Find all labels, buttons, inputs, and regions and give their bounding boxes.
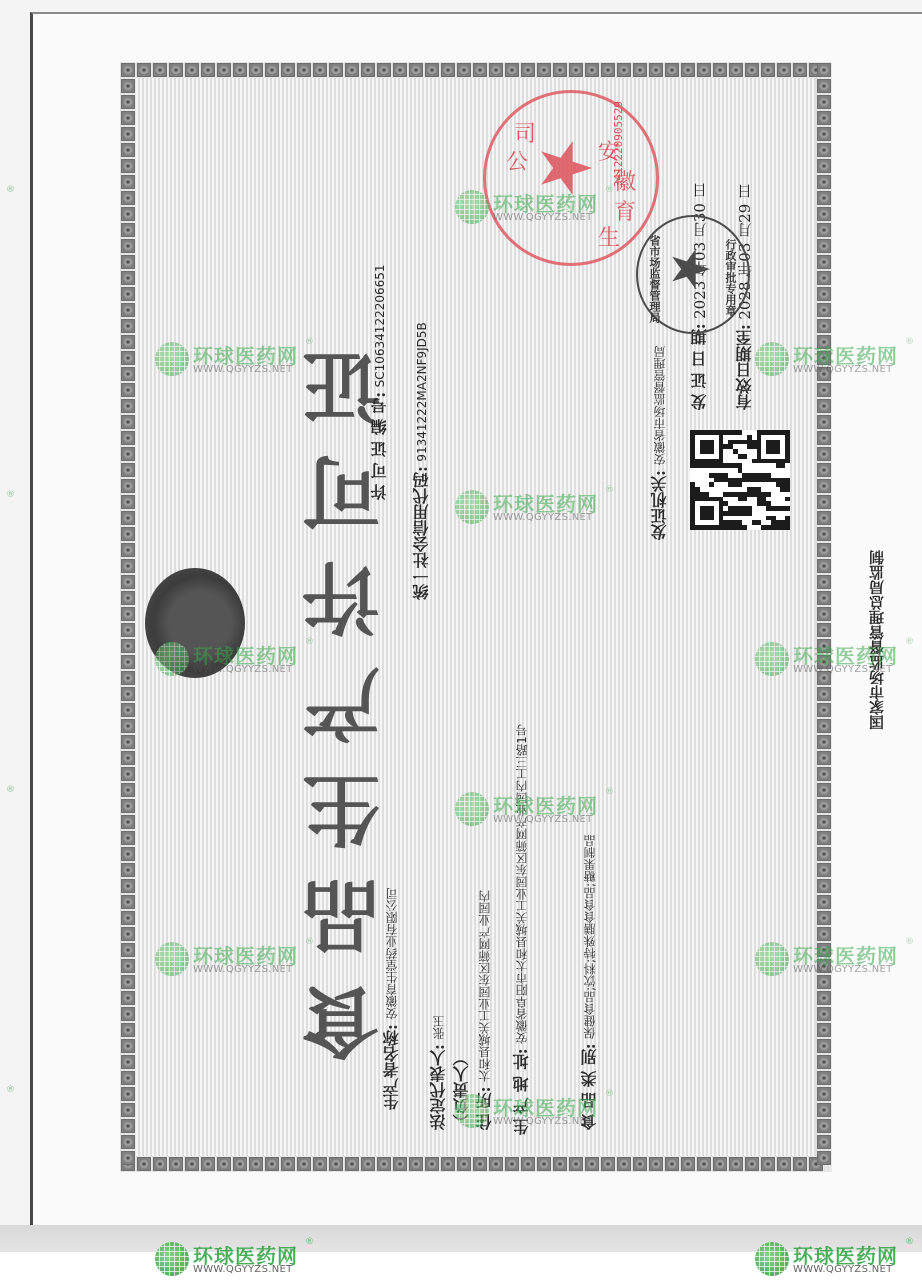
border-tile: [817, 479, 831, 493]
border-tile: [817, 111, 831, 125]
border-tile: [121, 287, 135, 301]
border-tile: [665, 63, 679, 77]
border-tile: [185, 1157, 199, 1171]
residence-value: 太和县城关工业园东区筛网产业园内: [478, 890, 492, 1082]
border-tile: [793, 63, 807, 77]
watermark-url: WWW.QGYYZS.NET: [793, 1264, 893, 1275]
border-tile: [817, 383, 831, 397]
registered-mark: ®: [605, 1089, 614, 1099]
border-tile: [473, 1157, 487, 1171]
border-tile: [361, 1157, 375, 1171]
border-tile: [121, 847, 135, 861]
border-tile: [121, 63, 135, 77]
border-tile: [121, 959, 135, 973]
registered-mark: ®: [905, 637, 914, 647]
border-tile: [121, 559, 135, 573]
border-tile: [441, 1157, 455, 1171]
border-tile: [121, 591, 135, 605]
border-tile: [233, 63, 247, 77]
globe-icon: [455, 490, 489, 524]
border-tile: [169, 1157, 183, 1171]
border-tile: [617, 1157, 631, 1171]
border-tile: [505, 1157, 519, 1171]
globe-icon: [155, 342, 189, 376]
seal-char: 行政审批专用章: [722, 239, 738, 316]
border-tile: [817, 719, 831, 733]
border-tile: [121, 543, 135, 557]
border-tile: [121, 175, 135, 189]
star-icon: ★: [663, 246, 715, 293]
watermark-logo: 环球医药网®WWW.QGYYZS.NET: [455, 1092, 620, 1132]
watermark-logo: 环球医药网®WWW.QGYYZS.NET: [755, 640, 920, 680]
watermark-logo: 环球医药网®WWW.QGYYZS.NET: [455, 188, 620, 228]
border-tile: [281, 63, 295, 77]
border-tile: [817, 543, 831, 557]
decorative-border-left: [120, 62, 136, 1172]
watermark-url: WWW.QGYYZS.NET: [493, 212, 593, 223]
border-tile: [121, 815, 135, 829]
credit-code-label: 统一社会信用代码:: [412, 466, 431, 600]
border-tile: [713, 1157, 727, 1171]
border-tile: [409, 1157, 423, 1171]
border-tile: [121, 159, 135, 173]
border-tile: [121, 191, 135, 205]
credit-code: 91341222MA2NF9JD5B: [415, 322, 429, 461]
border-tile: [121, 367, 135, 381]
watermark-logo: 环球医药网®WWW.QGYYZS.NET: [455, 488, 620, 528]
globe-icon: [455, 792, 489, 826]
border-tile: [425, 1157, 439, 1171]
border-tile: [537, 63, 551, 77]
border-tile: [249, 1157, 263, 1171]
border-tile: [121, 975, 135, 989]
border-tile: [121, 735, 135, 749]
border-tile: [633, 1157, 647, 1171]
watermark-logo: 环球医药网®WWW.QGYYZS.NET: [155, 640, 320, 680]
border-tile: [121, 303, 135, 317]
border-tile: [569, 1157, 583, 1171]
border-tile: [601, 1157, 615, 1171]
border-tile: [817, 735, 831, 749]
border-tile: [121, 1023, 135, 1037]
authority-seal: ★ 省市场监督管理局 行政审批专用章: [636, 215, 750, 334]
border-tile: [817, 399, 831, 413]
border-tile: [817, 287, 831, 301]
border-tile: [345, 63, 359, 77]
border-tile: [121, 623, 135, 637]
seal-char: 安: [598, 135, 620, 166]
border-tile: [121, 1103, 135, 1117]
border-tile: [697, 63, 711, 77]
border-tile: [761, 1157, 775, 1171]
border-tile: [777, 63, 791, 77]
border-tile: [409, 63, 423, 77]
food-category-row: 食 品 类 别: 保健食品;饮料;特殊膳食食品;糖果制品: [578, 700, 601, 1130]
border-tile: [121, 511, 135, 525]
globe-icon: [155, 942, 189, 976]
issuer-footer: 国家市场监督管理总局监制: [866, 500, 887, 730]
border-tile: [617, 63, 631, 77]
border-tile: [817, 1007, 831, 1021]
globe-icon: [455, 190, 489, 224]
watermark-logo: 环球医药网®WWW.QGYYZS.NET: [755, 940, 920, 980]
border-tile: [153, 63, 167, 77]
border-tile: [817, 1151, 831, 1165]
border-tile: [489, 63, 503, 77]
border-tile: [201, 63, 215, 77]
border-tile: [817, 1055, 831, 1069]
border-tile: [121, 1151, 135, 1165]
border-tile: [585, 63, 599, 77]
border-tile: [121, 895, 135, 909]
border-tile: [745, 1157, 759, 1171]
globe-icon: [455, 1094, 489, 1128]
border-tile: [817, 687, 831, 701]
border-tile: [137, 63, 151, 77]
border-tile: [817, 463, 831, 477]
border-tile: [817, 703, 831, 717]
globe-icon: [755, 1242, 789, 1276]
border-tile: [553, 1157, 567, 1171]
border-tile: [121, 991, 135, 1005]
registered-mark: ®: [605, 185, 614, 195]
border-tile: [425, 63, 439, 77]
border-tile: [121, 879, 135, 893]
registered-mark: ®: [905, 1237, 914, 1247]
border-tile: [817, 175, 831, 189]
border-tile: [153, 1157, 167, 1171]
border-tile: [185, 63, 199, 77]
valid-until-label: 有效日期至:: [735, 324, 754, 410]
border-tile: [217, 63, 231, 77]
registered-mark: ®: [905, 937, 914, 947]
border-tile: [377, 63, 391, 77]
border-tile: [681, 63, 695, 77]
border-tile: [729, 63, 743, 77]
border-tile: [121, 1055, 135, 1069]
border-tile: [121, 703, 135, 717]
border-tile: [121, 479, 135, 493]
border-tile: [121, 495, 135, 509]
issuing-authority-label: 发证机关:: [650, 470, 669, 540]
border-tile: [817, 271, 831, 285]
issuing-authority-value: 安徽省市场监督管理局: [653, 346, 667, 466]
border-tile: [121, 447, 135, 461]
border-tile: [817, 847, 831, 861]
border-tile: [537, 1157, 551, 1171]
watermark-url: WWW.QGYYZS.NET: [193, 964, 293, 975]
border-tile: [817, 79, 831, 93]
border-tile: [121, 431, 135, 445]
border-tile: [521, 63, 535, 77]
border-tile: [817, 1071, 831, 1085]
watermark-url: WWW.QGYYZS.NET: [193, 364, 293, 375]
registered-mark: ®: [305, 337, 314, 347]
registered-mark: ®: [6, 185, 15, 195]
border-tile: [361, 63, 375, 77]
border-tile: [297, 63, 311, 77]
border-tile: [817, 191, 831, 205]
border-tile: [121, 319, 135, 333]
border-tile: [817, 495, 831, 509]
globe-icon: [755, 942, 789, 976]
license-number: SC10634122206651: [373, 264, 387, 387]
border-tile: [313, 63, 327, 77]
border-tile: [601, 63, 615, 77]
border-tile: [817, 991, 831, 1005]
border-tile: [817, 911, 831, 925]
border-tile: [121, 799, 135, 813]
registered-mark: ®: [305, 1237, 314, 1247]
border-tile: [121, 1071, 135, 1085]
border-tile: [121, 463, 135, 477]
seal-char: 司: [514, 117, 536, 148]
registered-mark: ®: [305, 637, 314, 647]
border-tile: [817, 927, 831, 941]
border-tile: [441, 63, 455, 77]
border-tile: [121, 655, 135, 669]
border-tile: [729, 1157, 743, 1171]
watermark-url: WWW.QGYYZS.NET: [493, 814, 593, 825]
border-tile: [121, 911, 135, 925]
border-tile: [521, 1157, 535, 1171]
globe-icon: [755, 642, 789, 676]
watermark-logo: 环球医药网®WWW.QGYYZS.NET: [455, 790, 620, 830]
food-category-value: 保健食品;饮料;特殊膳食食品;糖果制品: [583, 835, 597, 1039]
license-number-label: 许 可 证 编 号:: [370, 392, 389, 500]
border-tile: [265, 63, 279, 77]
border-tile: [233, 1157, 247, 1171]
border-tile: [473, 63, 487, 77]
border-tile: [121, 79, 135, 93]
border-tile: [121, 335, 135, 349]
border-tile: [121, 863, 135, 877]
production-address-row: 生 产 地 址: 安徽省阜阳市太和县城关工业园东区筛网产业园内工三路1号: [510, 555, 533, 1135]
border-tile: [121, 671, 135, 685]
registered-mark: ®: [305, 937, 314, 947]
border-tile: [817, 143, 831, 157]
border-tile: [569, 63, 583, 77]
legal-rep-name: 张玉: [432, 1016, 446, 1040]
watermark-logo: 环球医药网®WWW.QGYYZS.NET: [755, 340, 920, 380]
border-tile: [121, 351, 135, 365]
border-tile: [817, 1087, 831, 1101]
globe-icon: [155, 1242, 189, 1276]
border-tile: [649, 1157, 663, 1171]
watermark-url: WWW.QGYYZS.NET: [793, 364, 893, 375]
decorative-border-right: [816, 62, 832, 1172]
border-tile: [121, 943, 135, 957]
seal-char: 公: [506, 145, 528, 176]
border-tile: [817, 799, 831, 813]
border-tile: [793, 1157, 807, 1171]
producer-name: 安徽育生堂药业有限公司: [385, 888, 399, 1020]
border-tile: [121, 719, 135, 733]
border-tile: [121, 527, 135, 541]
watermark-logo: 环球医药网®WWW.QGYYZS.NET: [155, 340, 320, 380]
border-tile: [121, 927, 135, 941]
border-tile: [817, 255, 831, 269]
border-tile: [121, 1087, 135, 1101]
border-tile: [121, 1007, 135, 1021]
issue-date-label: 发 证 日 期:: [690, 323, 709, 410]
border-tile: [817, 783, 831, 797]
watermark-url: WWW.QGYYZS.NET: [793, 664, 893, 675]
producer-label: 生产者名称:: [382, 1024, 401, 1110]
border-tile: [457, 1157, 471, 1171]
border-tile: [817, 527, 831, 541]
border-tile: [121, 607, 135, 621]
border-tile: [817, 895, 831, 909]
border-tile: [817, 863, 831, 877]
border-tile: [393, 1157, 407, 1171]
border-tile: [817, 239, 831, 253]
producer-row: 生产者名称: 安徽育生堂药业有限公司: [380, 780, 403, 1110]
watermark-url: WWW.QGYYZS.NET: [793, 964, 893, 975]
border-tile: [121, 143, 135, 157]
border-tile: [817, 831, 831, 845]
border-tile: [817, 159, 831, 173]
border-tile: [777, 1157, 791, 1171]
border-tile: [121, 415, 135, 429]
watermark-logo: 环球医药网®WWW.QGYYZS.NET: [155, 1240, 320, 1280]
border-tile: [761, 63, 775, 77]
border-tile: [817, 591, 831, 605]
border-tile: [585, 1157, 599, 1171]
credit-code-row: 统一社会信用代码: 91341222MA2NF9JD5B: [410, 170, 433, 600]
border-tile: [817, 623, 831, 637]
border-tile: [329, 63, 343, 77]
border-tile: [121, 831, 135, 845]
border-tile: [121, 239, 135, 253]
border-tile: [297, 1157, 311, 1171]
border-tile: [817, 559, 831, 573]
border-tile: [817, 1023, 831, 1037]
qr-code[interactable]: [690, 430, 790, 530]
border-tile: [817, 879, 831, 893]
border-tile: [121, 207, 135, 221]
border-tile: [377, 1157, 391, 1171]
border-tile: [121, 127, 135, 141]
border-tile: [817, 1119, 831, 1133]
border-tile: [217, 1157, 231, 1171]
globe-icon: [755, 342, 789, 376]
border-tile: [713, 63, 727, 77]
registered-mark: ®: [6, 785, 15, 795]
border-tile: [121, 751, 135, 765]
border-tile: [505, 63, 519, 77]
border-tile: [121, 223, 135, 237]
border-tile: [817, 767, 831, 781]
seal-char: 省市场监督管理局: [646, 235, 662, 323]
border-tile: [281, 1157, 295, 1171]
border-tile: [817, 223, 831, 237]
watermark-url: WWW.QGYYZS.NET: [493, 512, 593, 523]
border-tile: [121, 95, 135, 109]
border-tile: [489, 1157, 503, 1171]
border-tile: [665, 1157, 679, 1171]
registered-mark: ®: [605, 485, 614, 495]
border-tile: [345, 1157, 359, 1171]
border-tile: [457, 63, 471, 77]
production-address-value: 安徽省阜阳市太和县城关工业园东区筛网产业园内工三路1号: [515, 724, 529, 1044]
border-tile: [553, 63, 567, 77]
border-tile: [121, 399, 135, 413]
border-tile: [201, 1157, 215, 1171]
border-tile: [393, 63, 407, 77]
border-tile: [817, 127, 831, 141]
watermark-url: WWW.QGYYZS.NET: [493, 1116, 593, 1127]
watermark-url: WWW.QGYYZS.NET: [193, 1264, 293, 1275]
border-tile: [137, 1157, 151, 1171]
globe-icon: [155, 642, 189, 676]
border-tile: [121, 111, 135, 125]
border-tile: [329, 1157, 343, 1171]
border-tile: [817, 815, 831, 829]
border-tile: [745, 63, 759, 77]
border-tile: [817, 447, 831, 461]
registered-mark: ®: [6, 1085, 15, 1095]
border-tile: [121, 783, 135, 797]
border-tile: [817, 751, 831, 765]
border-tile: [121, 255, 135, 269]
border-tile: [249, 63, 263, 77]
registered-mark: ®: [605, 787, 614, 797]
border-tile: [121, 383, 135, 397]
border-tile: [169, 63, 183, 77]
license-number-row: 许 可 证 编 号: SC10634122206651: [368, 170, 391, 500]
border-tile: [697, 1157, 711, 1171]
border-tile: [681, 1157, 695, 1171]
residence-row: 住 所: 太和县城关工业园东区筛网产业园内: [473, 650, 496, 1130]
decorative-border-bottom: [120, 1156, 832, 1172]
border-tile: [121, 687, 135, 701]
border-tile: [817, 303, 831, 317]
registered-mark: ®: [6, 490, 15, 500]
border-tile: [817, 1135, 831, 1149]
border-tile: [817, 63, 831, 77]
border-tile: [121, 639, 135, 653]
border-tile: [633, 63, 647, 77]
company-seal: ★ 3412220905529 安 徽 育 生 公 司: [483, 90, 659, 266]
border-tile: [817, 415, 831, 429]
border-tile: [265, 1157, 279, 1171]
border-tile: [121, 1119, 135, 1133]
registered-mark: ®: [905, 337, 914, 347]
border-tile: [649, 63, 663, 77]
legal-rep-label: 法定代表人:: [429, 1044, 448, 1130]
watermark-logo: 环球医药网®WWW.QGYYZS.NET: [155, 940, 320, 980]
legal-rep-row: 法定代表人: 张玉: [427, 1000, 450, 1130]
border-tile: [121, 271, 135, 285]
border-tile: [817, 1039, 831, 1053]
border-tile: [817, 319, 831, 333]
border-tile: [121, 767, 135, 781]
border-tile: [313, 1157, 327, 1171]
border-tile: [817, 1103, 831, 1117]
border-tile: [817, 607, 831, 621]
watermark-url: WWW.QGYYZS.NET: [193, 664, 293, 675]
border-tile: [121, 575, 135, 589]
border-tile: [817, 95, 831, 109]
border-tile: [817, 431, 831, 445]
border-tile: [817, 511, 831, 525]
border-tile: [121, 1135, 135, 1149]
watermark-logo: 环球医药网®WWW.QGYYZS.NET: [755, 1240, 920, 1280]
border-tile: [817, 575, 831, 589]
border-tile: [817, 207, 831, 221]
border-tile: [121, 1039, 135, 1053]
